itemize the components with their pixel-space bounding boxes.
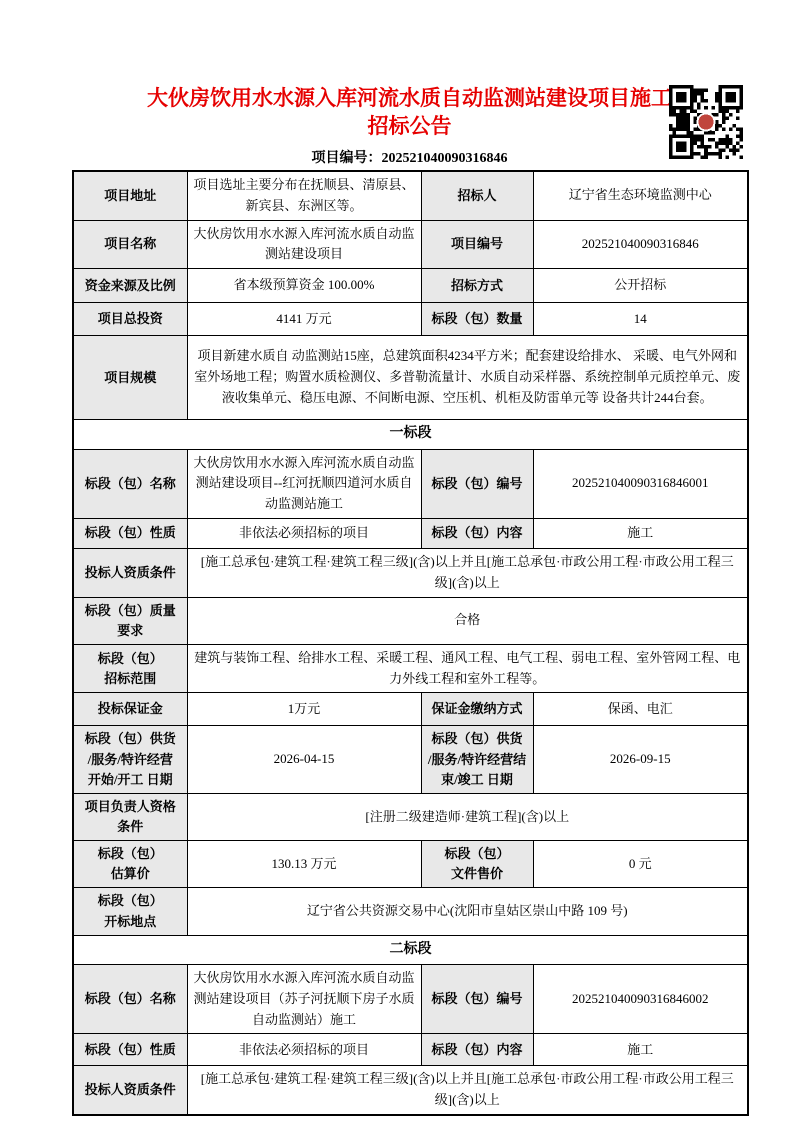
section2-header: 二标段 — [73, 935, 748, 964]
table-row: 标段（包）性质 非依法必须招标的项目 标段（包）内容 施工 — [73, 1034, 748, 1066]
page-title-line1: 大伙房饮用水水源入库河流水质自动监测站建设项目施工 — [72, 84, 747, 112]
s2-qualification-label: 投标人资质条件 — [73, 1066, 187, 1115]
qr-code-icon — [667, 85, 745, 159]
s1-package-number-label: 标段（包）编号 — [421, 449, 533, 518]
s1-deposit-label: 投标保证金 — [73, 693, 187, 726]
package-count-label: 标段（包）数量 — [421, 303, 533, 336]
s1-estimate-label: 标段（包） 估算价 — [73, 841, 187, 888]
table-row: 标段（包） 招标范围 建筑与装饰工程、给排水工程、采暖工程、通风工程、电气工程、… — [73, 644, 748, 693]
section1-header: 一标段 — [73, 420, 748, 449]
s1-open-place-value: 辽宁省公共资源交易中心(沈阳市皇姑区崇山中路 109 号) — [187, 888, 748, 935]
project-number-heading: 项目编号：202521040090316846 — [72, 147, 747, 167]
table-row: 投标人资质条件 [施工总承包·建筑工程·建筑工程三级](含)以上并且[施工总承包… — [73, 548, 748, 597]
s1-doc-price-label: 标段（包） 文件售价 — [421, 841, 533, 888]
table-row: 项目负责人资格 条件 [注册二级建造师·建筑工程](含)以上 — [73, 793, 748, 840]
table-row: 资金来源及比例 省本级预算资金 100.00% 招标方式 公开招标 — [73, 269, 748, 303]
s1-end-date-value: 2026-09-15 — [533, 726, 748, 793]
s2-package-nature-label: 标段（包）性质 — [73, 1034, 187, 1066]
s1-scope-value: 建筑与装饰工程、给排水工程、采暖工程、通风工程、电气工程、弱电工程、室外管网工程… — [187, 644, 748, 693]
s1-manager-qualification-value: [注册二级建造师·建筑工程](含)以上 — [187, 793, 748, 840]
section1-header-row: 一标段 — [73, 420, 748, 449]
s1-package-content-value: 施工 — [533, 518, 748, 548]
project-number-value: 202521040090316846 — [533, 220, 748, 269]
table-row: 标段（包）质量 要求 合格 — [73, 597, 748, 644]
s2-package-name-label: 标段（包）名称 — [73, 965, 187, 1034]
s2-package-name-value: 大伙房饮用水水源入库河流水质自动监测站建设项目（苏子河抚顺下房子水质自动监测站）… — [187, 965, 421, 1034]
page-title: 大伙房饮用水水源入库河流水质自动监测站建设项目施工 招标公告 — [72, 84, 747, 140]
table-row: 投标保证金 1万元 保证金缴纳方式 保函、电汇 — [73, 693, 748, 726]
s1-quality-label: 标段（包）质量 要求 — [73, 597, 187, 644]
table-row: 标段（包）名称 大伙房饮用水水源入库河流水质自动监测站建设项目（苏子河抚顺下房子… — [73, 965, 748, 1034]
s1-package-number-value: 202521040090316846001 — [533, 449, 748, 518]
project-scale-label: 项目规模 — [73, 336, 187, 420]
table-row: 项目名称 大伙房饮用水水源入库河流水质自动监测站建设项目 项目编号 202521… — [73, 220, 748, 269]
s2-package-content-label: 标段（包）内容 — [421, 1034, 533, 1066]
bidder-label: 招标人 — [421, 171, 533, 220]
s1-deposit-value: 1万元 — [187, 693, 421, 726]
page-header: 大伙房饮用水水源入库河流水质自动监测站建设项目施工 招标公告 项目编号：2025… — [72, 0, 747, 167]
s1-start-date-value: 2026-04-15 — [187, 726, 421, 793]
s1-package-content-label: 标段（包）内容 — [421, 518, 533, 548]
project-address-value: 项目选址主要分布在抚顺县、清原县、新宾县、东洲区等。 — [187, 171, 421, 220]
table-row: 标段（包）供货 /服务/特许经营 开始/开工 日期 2026-04-15 标段（… — [73, 726, 748, 793]
project-number-label: 项目编号 — [421, 220, 533, 269]
project-name-label: 项目名称 — [73, 220, 187, 269]
s1-scope-label: 标段（包） 招标范围 — [73, 644, 187, 693]
s1-deposit-method-value: 保函、电汇 — [533, 693, 748, 726]
bid-method-label: 招标方式 — [421, 269, 533, 303]
bidder-value: 辽宁省生态环境监测中心 — [533, 171, 748, 220]
table-row: 项目地址 项目选址主要分布在抚顺县、清原县、新宾县、东洲区等。 招标人 辽宁省生… — [73, 171, 748, 220]
section2-header-row: 二标段 — [73, 935, 748, 964]
s1-estimate-value: 130.13 万元 — [187, 841, 421, 888]
s2-package-number-value: 202521040090316846002 — [533, 965, 748, 1034]
s1-quality-value: 合格 — [187, 597, 748, 644]
s2-package-number-label: 标段（包）编号 — [421, 965, 533, 1034]
funding-label: 资金来源及比例 — [73, 269, 187, 303]
s1-package-nature-label: 标段（包）性质 — [73, 518, 187, 548]
announcement-table: 项目地址 项目选址主要分布在抚顺县、清原县、新宾县、东洲区等。 招标人 辽宁省生… — [72, 170, 749, 1116]
table-row: 投标人资质条件 [施工总承包·建筑工程·建筑工程三级](含)以上并且[施工总承包… — [73, 1066, 748, 1115]
s1-open-place-label: 标段（包） 开标地点 — [73, 888, 187, 935]
investment-value: 4141 万元 — [187, 303, 421, 336]
funding-value: 省本级预算资金 100.00% — [187, 269, 421, 303]
project-address-label: 项目地址 — [73, 171, 187, 220]
table-row: 标段（包） 估算价 130.13 万元 标段（包） 文件售价 0 元 — [73, 841, 748, 888]
s2-package-nature-value: 非依法必须招标的项目 — [187, 1034, 421, 1066]
s1-doc-price-value: 0 元 — [533, 841, 748, 888]
bid-method-value: 公开招标 — [533, 269, 748, 303]
s2-package-content-value: 施工 — [533, 1034, 748, 1066]
table-row: 标段（包）名称 大伙房饮用水水源入库河流水质自动监测站建设项目--红河抚顺四道河… — [73, 449, 748, 518]
table-row: 项目总投资 4141 万元 标段（包）数量 14 — [73, 303, 748, 336]
s1-end-date-label: 标段（包）供货 /服务/特许经营结 束/竣工 日期 — [421, 726, 533, 793]
project-name-value: 大伙房饮用水水源入库河流水质自动监测站建设项目 — [187, 220, 421, 269]
package-count-value: 14 — [533, 303, 748, 336]
s1-package-name-label: 标段（包）名称 — [73, 449, 187, 518]
project-scale-value: 项目新建水质自 动监测站15座，总建筑面积4234平方米；配套建设给排水、 采暖… — [187, 336, 748, 420]
s1-start-date-label: 标段（包）供货 /服务/特许经营 开始/开工 日期 — [73, 726, 187, 793]
s1-deposit-method-label: 保证金缴纳方式 — [421, 693, 533, 726]
s1-manager-qualification-label: 项目负责人资格 条件 — [73, 793, 187, 840]
s1-qualification-value: [施工总承包·建筑工程·建筑工程三级](含)以上并且[施工总承包·市政公用工程·… — [187, 548, 748, 597]
table-row: 标段（包）性质 非依法必须招标的项目 标段（包）内容 施工 — [73, 518, 748, 548]
table-row: 项目规模 项目新建水质自 动监测站15座，总建筑面积4234平方米；配套建设给排… — [73, 336, 748, 420]
s1-package-name-value: 大伙房饮用水水源入库河流水质自动监测站建设项目--红河抚顺四道河水质自动监测站施… — [187, 449, 421, 518]
page-title-line2: 招标公告 — [72, 112, 747, 140]
s1-package-nature-value: 非依法必须招标的项目 — [187, 518, 421, 548]
investment-label: 项目总投资 — [73, 303, 187, 336]
table-row: 标段（包） 开标地点 辽宁省公共资源交易中心(沈阳市皇姑区崇山中路 109 号) — [73, 888, 748, 935]
s2-qualification-value: [施工总承包·建筑工程·建筑工程三级](含)以上并且[施工总承包·市政公用工程·… — [187, 1066, 748, 1115]
s1-qualification-label: 投标人资质条件 — [73, 548, 187, 597]
announcement-page: 大伙房饮用水水源入库河流水质自动监测站建设项目施工 招标公告 项目编号：2025… — [0, 0, 793, 1122]
